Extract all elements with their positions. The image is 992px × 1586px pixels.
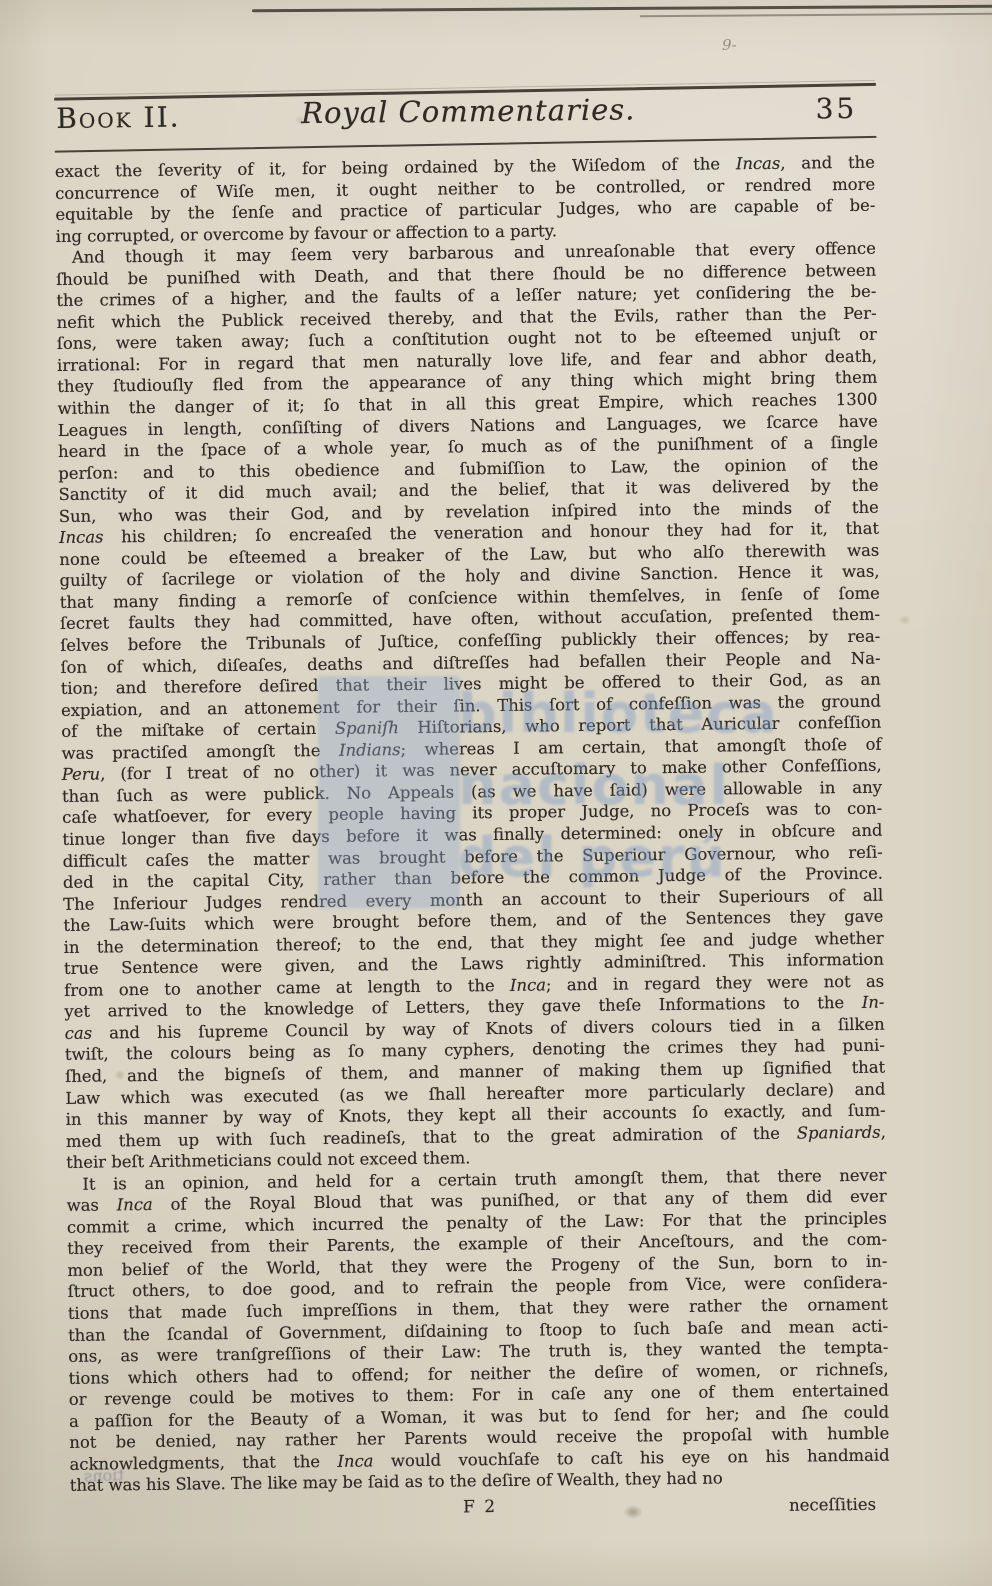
catchword: neceſſities (789, 1495, 876, 1515)
page-content: Book II. Royal Commentaries. 35 exact th… (0, 0, 992, 1586)
header-rule-bottom (55, 136, 877, 153)
showthrough-text: tions (84, 1465, 124, 1485)
signature-mark: F 2 (70, 1493, 890, 1522)
book-page-scan: 9- Book II. Royal Commentaries. 35 exact… (0, 0, 992, 1586)
text-block: exact the ſeverity of it, for being orda… (55, 152, 890, 1497)
page-number: 35 (815, 92, 857, 125)
